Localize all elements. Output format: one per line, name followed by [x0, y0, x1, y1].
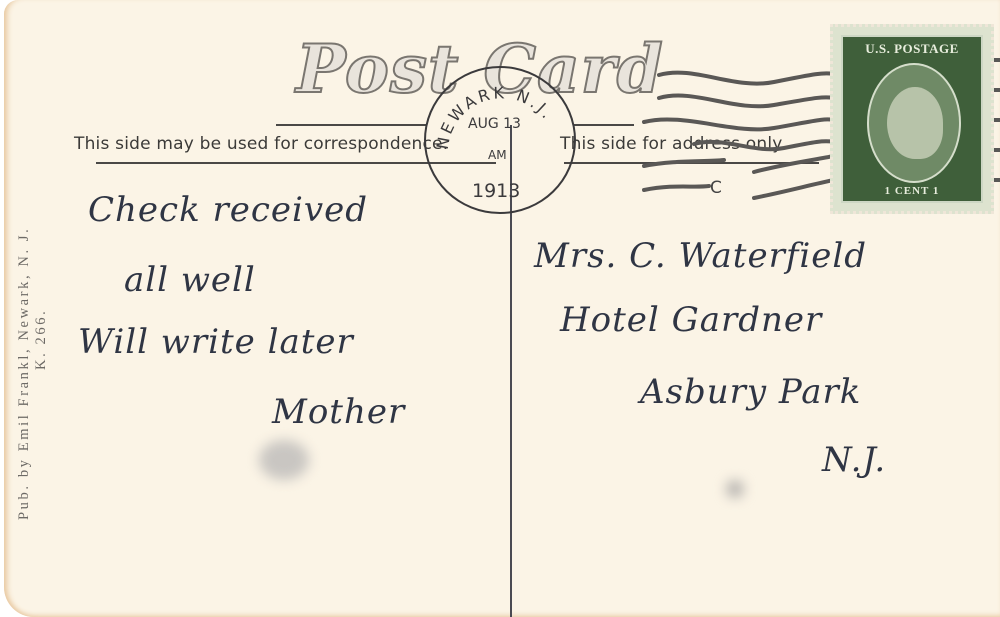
divider-rule [276, 124, 426, 126]
postmark-time: AM [488, 148, 507, 162]
ink-smudge [259, 440, 309, 480]
ink-smudge [726, 480, 744, 498]
postmark: NEWARK N.J. AUG 13 AM 1913 [424, 66, 576, 214]
stamp-portrait-oval [867, 63, 961, 183]
address-line: Asbury Park [640, 372, 861, 412]
stamp-frame: U.S. POSTAGE 1 CENT 1 [841, 35, 983, 203]
message-line: Check received [88, 190, 368, 230]
address-line: Hotel Gardner [560, 300, 822, 340]
postage-stamp: U.S. POSTAGE 1 CENT 1 [830, 24, 994, 214]
address-line: N.J. [822, 440, 886, 480]
cancel-letter: C [710, 178, 722, 198]
cancellation-wavy-lines [634, 60, 834, 210]
stamp-top-text: U.S. POSTAGE [843, 41, 981, 57]
message-line: Will write later [78, 322, 354, 362]
publisher-line: Pub. by Emil Frankl, Newark, N. J. [16, 160, 33, 520]
postmark-year: 1913 [472, 180, 520, 202]
publisher-imprint: Pub. by Emil Frankl, Newark, N. J. K. 26… [16, 160, 50, 520]
postmark-date: AUG 13 [468, 116, 521, 132]
publisher-code: K. 266. [33, 160, 50, 520]
washington-portrait-icon [887, 87, 943, 159]
postcard-back: Post Card This side may be used for corr… [4, 0, 1000, 617]
message-signature: Mother [272, 392, 405, 432]
address-line: Mrs. C. Waterfield [534, 236, 867, 276]
correspondence-label: This side may be used for correspondence… [74, 134, 448, 154]
divider-rule [574, 124, 634, 126]
stamp-denomination: 1 CENT 1 [843, 185, 981, 197]
message-line: all well [124, 260, 256, 300]
